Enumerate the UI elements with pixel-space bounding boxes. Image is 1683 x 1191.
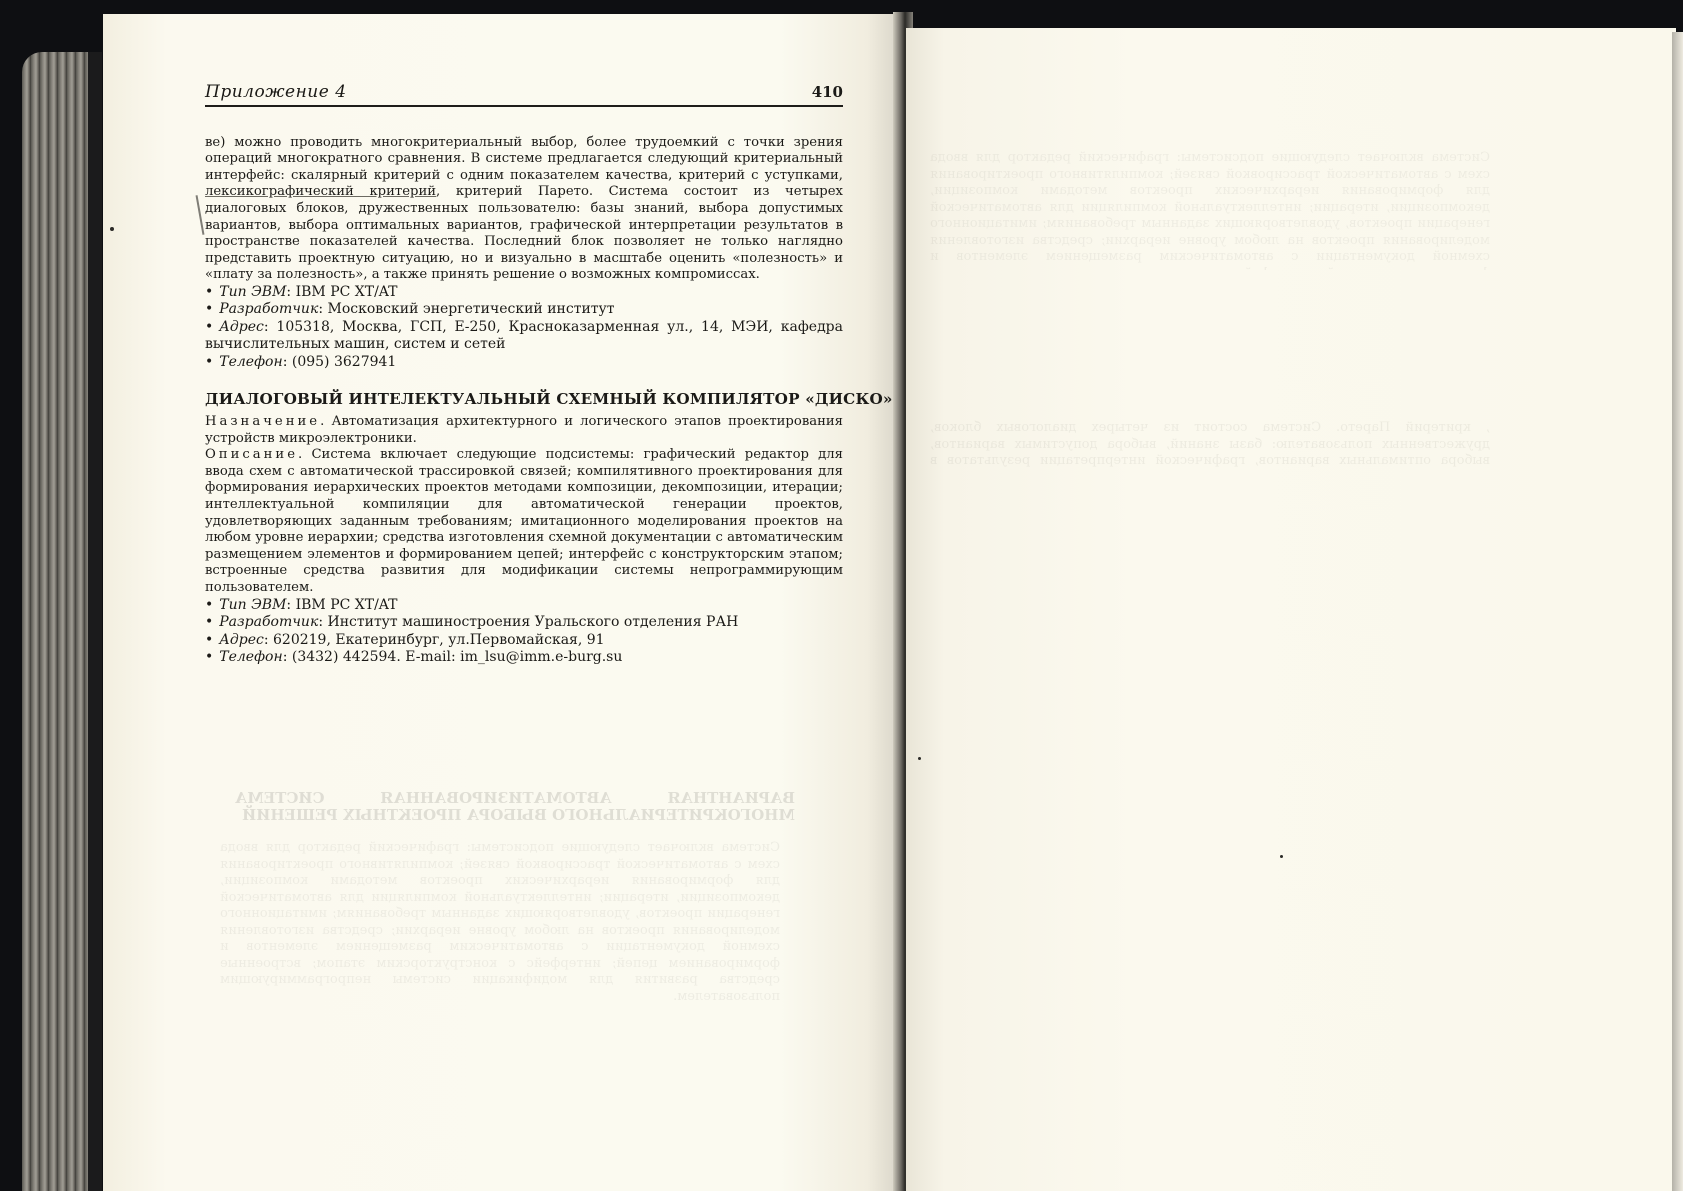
description-label: Описание: [205, 447, 298, 462]
book-page-edges: [22, 52, 102, 1191]
description-text: Система включает следующие подсистемы: г…: [205, 447, 843, 595]
field-label: Телефон: [219, 649, 282, 665]
bleed-through-text-right-2: , критерий Парето. Система состоит из че…: [930, 420, 1490, 470]
continuation-paragraph: ве) можно проводить многокритериальный в…: [205, 135, 843, 284]
margin-dot: [918, 757, 921, 760]
paragraph-text: ве) можно проводить многокритериальный в…: [205, 135, 843, 183]
field-value: (095) 3627941: [292, 354, 396, 370]
field-address: Адрес: 105318, Москва, ГСП, Е-250, Красн…: [205, 319, 843, 354]
field-value: IBM PC XT/AT: [296, 597, 398, 613]
bleed-through-text-left: Система включает следующие подсистемы: г…: [220, 840, 780, 1040]
field-label: Адрес: [219, 319, 264, 335]
field-value: Институт машиностроения Уральского отдел…: [327, 614, 738, 630]
right-page-edge: [1672, 32, 1683, 1191]
page-content: Приложение 4 410 ве) можно проводить мно…: [205, 84, 843, 667]
field-label: Адрес: [219, 632, 264, 648]
field-address: Адрес: 620219, Екатеринбург, ул.Первомай…: [205, 632, 843, 650]
field-label: Разработчик: [219, 614, 318, 630]
entry-title: ДИАЛОГОВЫЙ ИНТЕЛЕКТУАЛЬНЫЙ СХЕМНЫЙ КОМПИ…: [205, 391, 843, 408]
bleed-through-text-right: Система включает следующие подсистемы: г…: [930, 150, 1490, 270]
field-value: Московский энергетический институт: [327, 301, 614, 317]
field-label: Разработчик: [219, 301, 318, 317]
field-phone: Телефон: (3432) 442594. E-mail: im_lsu@i…: [205, 649, 843, 667]
margin-dot: [1280, 855, 1283, 858]
page-number: 410: [812, 84, 843, 101]
running-head: Приложение 4 410: [205, 84, 843, 107]
purpose-paragraph: Назначение. Автоматизация архитектурного…: [205, 414, 843, 447]
bleed-through-text: ВАРИАНТНАЯ АВТОМАТИЗИРОВАННАЯ СИСТЕМА МН…: [235, 790, 795, 823]
field-computer-type: Тип ЭВМ: IBM PC XT/AT: [205, 597, 843, 615]
underlined-phrase: лексикографический критерий: [205, 184, 436, 199]
purpose-label: Назначение: [205, 414, 320, 429]
margin-dot: [110, 227, 114, 231]
field-phone: Телефон: (095) 3627941: [205, 354, 843, 372]
field-value: IBM PC XT/AT: [296, 284, 398, 300]
field-value: 620219, Екатеринбург, ул.Первомайская, 9…: [273, 632, 605, 648]
field-value: 105318, Москва, ГСП, Е-250, Красноказарм…: [205, 319, 843, 353]
running-title: Приложение 4: [205, 84, 347, 101]
field-label: Тип ЭВМ: [219, 597, 286, 613]
field-label: Тип ЭВМ: [219, 284, 286, 300]
field-developer: Разработчик: Институт машиностроения Ура…: [205, 614, 843, 632]
description-paragraph: Описание. Система включает следующие под…: [205, 447, 843, 596]
field-value: (3432) 442594. E-mail: im_lsu@imm.e-burg…: [292, 649, 623, 665]
field-label: Телефон: [219, 354, 282, 370]
field-developer: Разработчик: Московский энергетический и…: [205, 301, 843, 319]
field-computer-type: Тип ЭВМ: IBM PC XT/AT: [205, 284, 843, 302]
